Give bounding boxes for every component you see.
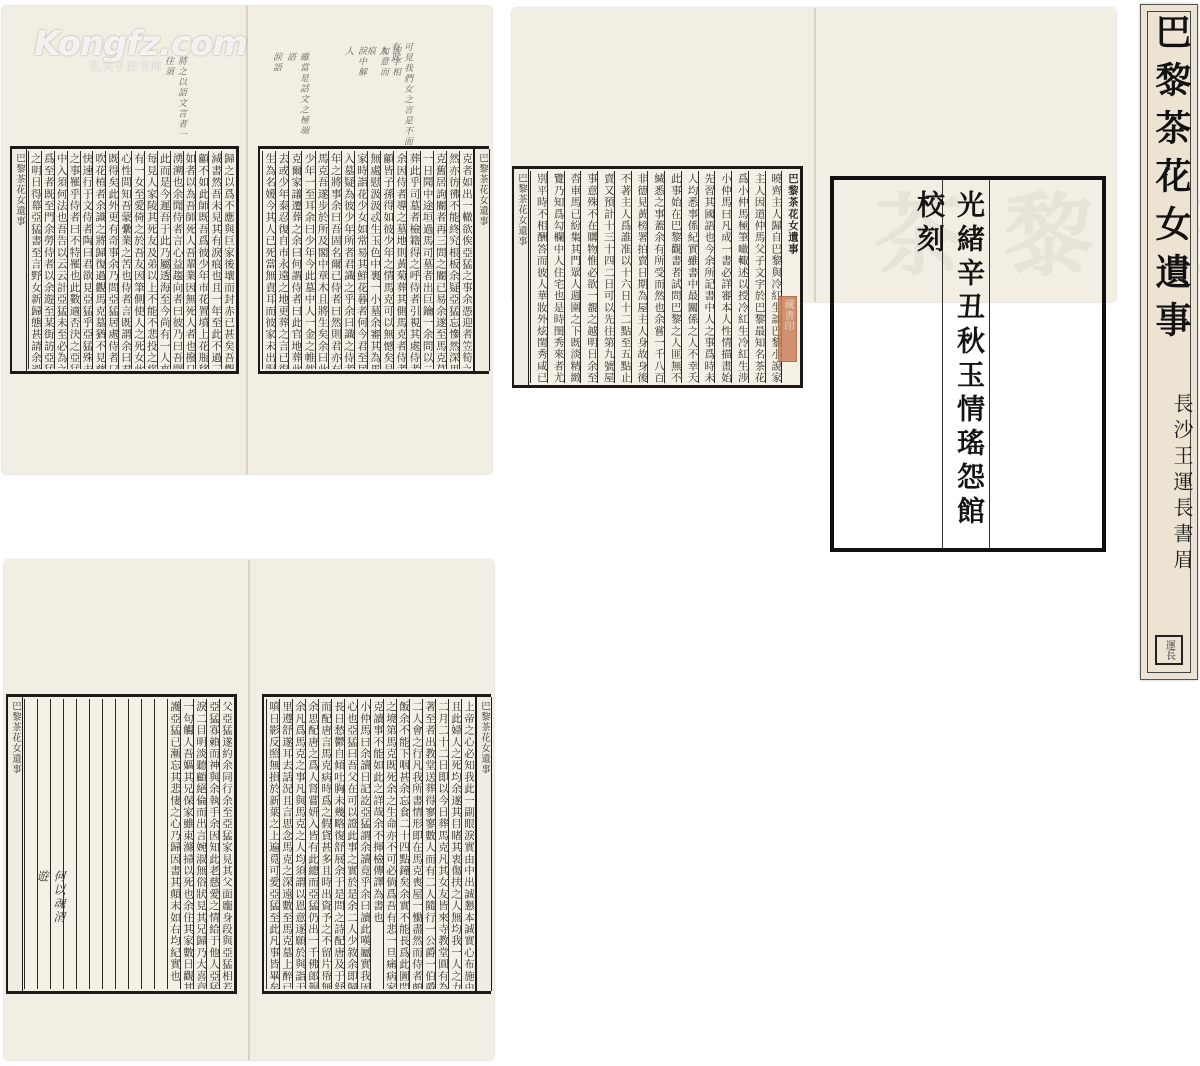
text-column: 爲小仲馬極筆噉輙述以授冷紅生冷紅生涉筆記之 [731, 171, 748, 383]
calligrapher-seal: 運長 [1155, 635, 1183, 665]
text-column: 然亦彷彿不能終究根板余疑亞猛忘慘然深思其人必非無信乃 [446, 151, 459, 369]
text-column: 如者以為吾師死人吾輩業因無死人者也撥日剖學周中亦有餘 [183, 151, 196, 369]
text-frame-left: 巴黎茶花女遺事 歸之以爲不應與巨家後壤而封赤已甚矣吾觀巨家附墳上植自 減書然吾未… [10, 146, 239, 374]
title-slip-title: 巴黎茶花女遺事 [1141, 13, 1197, 349]
text-column: 每見人家陵其死友及弟以上不能不悲投之将中潰痰攮截十年 [144, 151, 157, 369]
handwritten-note: 雖當是話文之極端語 [284, 52, 310, 142]
banxin: 巴黎茶花女遺事 [6, 697, 23, 991]
text-column: 余思配唐之爲人肾嘗妍入皆有此總而亞猛仍出一千佛郎報貼予之 [305, 699, 318, 989]
text-columns: 歸之以爲不應與巨家後壤而封赤已甚矣吾觀巨家附墳上植自 減書然吾未見其有淚痕也且一… [28, 151, 234, 369]
text-column: 心也亞猛曰吾父在可以證此事之實於是余二人少敘余即歸寓亞猛 [344, 699, 357, 989]
handwritten-note: 將之以語文言者一往須 [162, 56, 188, 146]
text-column: 亞猛寡賴而神與余執手余因知此老慈愛之情給于他人亞猛妹名描 [206, 699, 219, 989]
text-column: 一日聞中途垣過馬司墓者出巨鑰一余問以二月廿二日有女郎 [420, 151, 433, 369]
text-column: 中入須何法也吾告以云云計亞猛未至必為之馬克之辭若毎則 [54, 151, 67, 369]
text-column: 無處慰汲汲忒生玉色中裏一小墓余審其為馬克無疑矣侍者言彼 [367, 151, 380, 369]
text-column: 少年一至耳余曰少年今此墓中人一金之帷然了日夜一慟後則 [301, 151, 314, 369]
blank-column [115, 699, 128, 989]
text-column: 賣又預計十三十四二日可以先往第九號屋中省識其當意者余素好 [597, 171, 614, 383]
text-column: 且此婦人之死均余遂其目睹其衷傷扶之人無均我一人之力也 [448, 699, 461, 989]
text-column: 人均悉事係紀實雖書中最關係之人不幸夭死而餘人咸在可資以證 [681, 171, 698, 383]
text-column: 二人會之行凡我所書情形即在馬克喪屋一慟盡然而侍者頗似于晚 [409, 699, 422, 989]
text-column: 馬克吾遂步於所及閣中章木且將生矣余曰此墓將無人至乎曰 [315, 151, 328, 369]
text-column: 別平時不相酬答而彼人華妝外炫閨秀咸已見之唯兢兢之處不可得 [530, 171, 547, 383]
text-column: 非德見黃榜署拍賣日期為屋主人身故身後無人故貨其器物榜中亦 [631, 171, 648, 383]
text-column: 里遵舒遂耳去話況且言思念馬克之深遠數至馬克墓上醉已四月發 [279, 699, 292, 989]
text-column: 之明日得幕亞猛書至言野女新歸態甚請余過其寓余得東即趨 [28, 151, 41, 369]
banxin-title: 巴黎茶花女遺事 [516, 173, 527, 247]
text-column: 不著主人爲誰准以十六日十二點至五點止在恩談街第九號屋中拍 [614, 171, 631, 383]
text-column: 湧溯也余聞侍者言心益趨向者曰彼乃曰吾聞巴黎巨家陰地幾 [170, 151, 183, 369]
text-frame: 巴黎茶花女遺事 巴黎茶花女遺事 曉齊主人歸自巴黎與冷紅生談巴黎小說家均出自名手生… [512, 166, 803, 388]
text-column: 而配唐言馬克病時爲之假貸甚多且時出資予之不留片帋無從索償 [318, 699, 331, 989]
blank-column [141, 699, 154, 989]
text-column: 之事罹乎侍者曰不特罹也此數適否決之亞猛初來時飽謂我須 [67, 151, 80, 369]
text-column: 淚二目明淡聽顧絕倫而出言婉淑無俗狀見其兄歸乃大喜竟不知有 [193, 699, 206, 989]
text-column: 沓車馬已紛集其門眾人週圍之下既淡精緻咸有駭狀之狀余前後流 [564, 171, 581, 383]
title-column: 光緒辛丑秋玉情瑤怨館校刻 [942, 180, 990, 548]
text-column: 事意殊不在購物惟必欲一覩之越明日余至恩談街爲時尚早士女雜 [580, 171, 597, 383]
collector-seal: 藏書印 [778, 296, 797, 362]
text-column: 年之將事余曰吾固名爾已侍者曰然則君亦有心已於人或若君 [328, 151, 341, 369]
text-column: 克爾家議遷葬之余曰何謂侍者曰此官地葬此限以五稔移其遺 [288, 151, 301, 369]
text-column: 小仲馬曰凡成一書必詳審本人性情描畫始肖猶之欲成一國之書必 [714, 171, 731, 383]
text-column: 克舊居詢閽者再三問之閽已易余遂至馬克墓上遍覓亞猛可以一見 [433, 151, 446, 369]
text-column: 緘悉之事蓋余有所受而然也余嘗一千八百四十年二月十三日在拉 [647, 171, 664, 383]
title-page-frame: 光緒辛丑秋玉情瑤怨館校刻 [830, 176, 1106, 552]
text-column: 既得矣此外更有奇事余乃問亞猛居處侍者曰寓巴黎某街吾聞 [105, 151, 118, 369]
text-column: 長日愁鬱自傾吐胸未幾略復舒展余于是問之詩配唐及于舒里著巴 [331, 699, 344, 989]
text-column: 先習其國語也今余所記書中人之事爲時未久特先以筆墨渲染使人 [698, 171, 715, 383]
text-columns: 父亞猛遂約余同行余至亞猛家見其父面龐身段與亞猛相若也如見 亞猛寡賴而神與余執手余… [24, 699, 232, 989]
text-column: 余凡爲馬克之事凡與馬克之人均須謂以恩意逐願於與詣于舒里于舒 [292, 699, 305, 989]
banxin: 巴黎茶花女遺事 [473, 149, 490, 371]
text-column: 此而是今遲吾于此乃屬透海至今尚有一人來哭焉亦多矣吾何 [157, 151, 170, 369]
blank-column [63, 699, 76, 989]
text-column: 歸之以爲不應與巨家後壤而封赤已甚矣吾觀巨家附墳上植自 [221, 151, 234, 369]
spread-bottom: 巴黎茶花女遺事 父亞猛遂約余同行余至亞猛家見其父面龐身段與亞猛相若也如見 亞猛寡… [4, 560, 494, 1060]
blank-column [102, 699, 115, 989]
blank-column [89, 699, 102, 989]
banxin-title: 巴黎茶花女遺事 [477, 153, 488, 227]
text-column: 覽乃知爲勾欄中人住宅也是時閨秀來者尤多皆頸頸注目蓋艮驗判 [547, 171, 564, 383]
text-column: 入墓疑為彼少年所者君識之乎余曰識之侍者曰若識見人亦知 [341, 151, 354, 369]
text-column: 小仲馬曰余讀日記訖亞猛謂余讀竟乎余曰讀此嘆屬實我因知君為 [357, 699, 370, 989]
text-column: 此事始在巴黎觀書者試問巴黎之人匪無不知然非余亦不能盡畢其 [664, 171, 681, 383]
text-column: 護亞猛已漸忘其悲悽之心乃歸因書其顛末如右均紀實也 [167, 699, 180, 989]
text-column: 葬此乎司墓者檢籍得之呼侍者引視其處侍者不待詢畢即曰墓 [406, 151, 419, 369]
publication-colophon: 光緒辛丑秋玉情瑤怨館校刻 [943, 190, 989, 548]
banxin-title: 巴黎茶花女遺事 [14, 153, 25, 227]
text-column: 父亞猛遂約余同行余至亞猛家見其父面龐身段與亞猛相若也如見 [219, 699, 232, 989]
blank-column [154, 699, 167, 989]
title-slip: 巴黎茶花女遺事 長沙王運長書眉 運長 [1140, 4, 1198, 680]
banxin: 巴黎茶花女遺事 [475, 697, 492, 991]
blank-column [37, 699, 50, 989]
text-column: 上帝之心必知我此一副眼淚實由中出誠懇本誠實心布施由于誠意 [461, 699, 474, 989]
text-column: 去或少年泰忍復自市永遠之地更葬之言已復執曰君固稱尼哥 [275, 151, 288, 369]
handwritten-note: 淚中解人 [342, 46, 368, 86]
text-column: 主人因道仲馬父子文字於巴黎最知名茶花女馬克格尼爾遺事尤 [748, 171, 765, 383]
text-column: 心性問知吾蒙纍業之苦也侍者言既謂余曰君來非為問讀者今 [118, 151, 131, 369]
calligrapher-signature: 長沙王運長書眉 [1141, 393, 1197, 575]
text-column: 減書然吾未見其有淚痕也且一年至此不過三四次飽有種花泉 [208, 151, 221, 369]
text-column: 二月二十二日即以今日葬馬克凡其女友皆來寺教堂圓有為哭其義 [435, 699, 448, 989]
text-column: 吹花植者余識之將歸復過觀馬克墓猶不見慈中人此為何時 [92, 151, 105, 369]
text-frame-left: 巴黎茶花女遺事 父亞猛遂約余同行余至亞猛家見其父面龐身段與亞猛相若也如見 亞猛寡… [6, 694, 237, 994]
text-column: 爲至者既至門余勞侍者以余遊至某街訪亞猛亞猛果不在余家 [41, 151, 54, 369]
blank-column [128, 699, 141, 989]
blank-column [24, 699, 37, 989]
banxin: 巴黎茶花女遺事 [10, 149, 27, 371]
text-column: 有一女至愛倚之於吾友因筆側使人之死女此年見者人天遙念 [131, 151, 144, 369]
text-column: 克者如出一轍欲俟亞猛之事余憑迎者笠筍之老狩客略有知亞 [459, 151, 472, 369]
text-column: 顧不如此師既吾爲彼少年市花置墳上花瓶移下未嘗侵其餘舊 [195, 151, 208, 369]
text-column: 家時詣花少女如常易其鮮花暮者何今君至居上見瓷瓶也吾固 [354, 151, 367, 369]
text-columns: 巴黎茶花女遺事 曉齊主人歸自巴黎與冷紅生談巴黎小說家均出自名手生請述之 主人因道… [530, 171, 798, 383]
banxin-title: 巴黎茶花女遺事 [479, 701, 490, 775]
text-column: 克讀事不能如此之詳哉余不揮檢傳譯為書也 [370, 699, 383, 989]
text-column: 之境第馬克既死余之生命亦不可必倘爲吾有悲一旦痛病家即書爲 [383, 699, 396, 989]
text-column: 余因侍者導之墓地則黃菊葬其側馬克者侍者曰彼墓叢花環之若 [393, 151, 406, 369]
text-column: 生為名媛今其人已死當無責耳而彼家未出服其先亭者見道遺 [262, 151, 275, 369]
text-column: 顧皆子孫得如彼少年之情馬克可以無憾矣是皆往復縈懷即見余 [380, 151, 393, 369]
text-frame-right: 巴黎茶花女遺事 克者如出一轍欲俟亞猛之事余憑迎者笠筍之老狩客略有知亞 然亦彷彿不… [258, 146, 489, 374]
banxin-title: 巴黎茶花女遺事 [10, 701, 21, 775]
text-frame-right: 巴黎茶花女遺事 上帝之心必知我此一副眼淚實由中出誠懇本誠實心布施由于誠意 且此婦… [262, 694, 491, 994]
blank-column [76, 699, 89, 989]
text-column: 一句觸人吾嫗其兄保家雖東滌掃以死也余住其家數日觀其家人謂 [180, 699, 193, 989]
spread-top-left: 將之以語文言者一往須 可見我們女之言是不面有此 淚字相人 加意而痕 淚中解人 雖… [2, 6, 492, 474]
text-column: 快速行于文侍者陶曰君欲見亞猛乎亞猛殊未歸余曰若知亞猛 [80, 151, 93, 369]
handwritten-note: 何以魂清遊 [34, 870, 68, 930]
text-column: 嗔日影反照無損於新葉之上遍覓可愛亞猛至此凡事皆畢矣唯未見其 [266, 699, 279, 989]
text-column: 著至者出教堂送葬得寥寥數人而有二人隨行一公爵一伯爵公爵老邁 [422, 699, 435, 989]
spread-top-right: 巴黎茶花女遺事 巴黎茶花女遺事 曉齊主人歸自巴黎與冷紅生談巴黎小說家均出自名手生… [512, 8, 1116, 302]
text-columns: 上帝之心必知我此一副眼淚實由中出誠懇本誠實心布施由于誠意 且此婦人之死均余遂其目… [266, 699, 474, 989]
text-column: 飯余不能下咽甚余忘食二十四點鐘矣余實不能長爲此圖悶悲疹之 [396, 699, 409, 989]
banxin: 巴黎茶花女遺事 [512, 169, 529, 385]
blank-column [50, 699, 63, 989]
text-columns: 克者如出一轍欲俟亞猛之事余憑迎者笠筍之老狩客略有知亞 然亦彷彿不能終究根板余疑亞… [262, 151, 472, 369]
handwritten-note: 淚語 [270, 52, 283, 82]
